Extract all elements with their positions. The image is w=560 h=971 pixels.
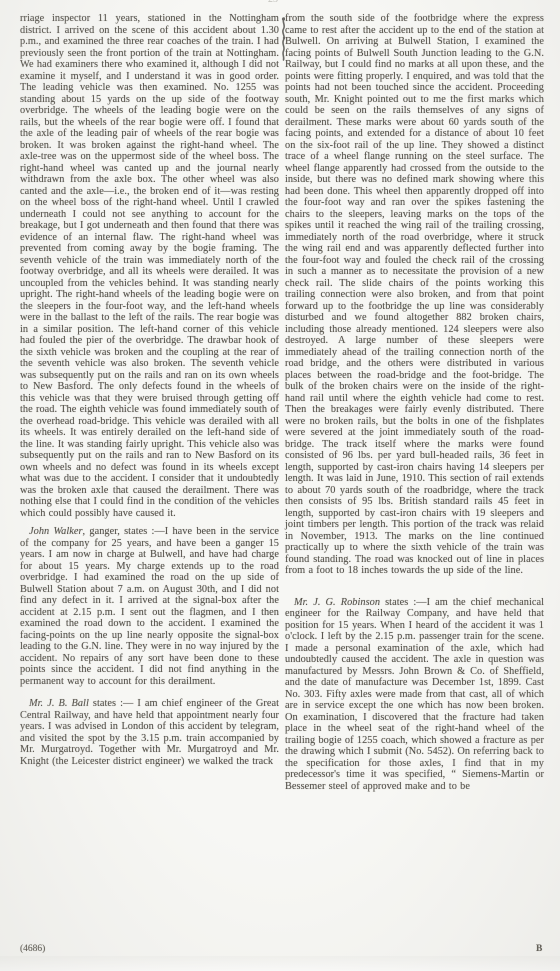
page-number: 23	[268, 0, 278, 5]
witness-name: John Walker	[29, 526, 83, 537]
scan-edge-band	[0, 956, 560, 971]
statement-text: rriage inspector 11 years, stationed in …	[20, 13, 279, 519]
witness-name: Mr. J. B. Ball	[29, 698, 89, 709]
scanned-report-page: 23 rriage inspector 11 years, stationed …	[0, 0, 560, 971]
john-walker-ganger-statement: John Walker, ganger, states :—I have bee…	[20, 526, 279, 687]
left-column: rriage inspector 11 years, stationed in …	[20, 13, 279, 767]
carriage-inspector-statement-continued: rriage inspector 11 years, stationed in …	[20, 13, 279, 519]
jg-robinson-chief-mechanical-engineer-statement: Mr. J. G. Robinson states :—I am the chi…	[285, 597, 544, 793]
signature-mark: B	[536, 944, 542, 954]
ink-squiggle-mark	[279, 16, 289, 62]
right-column: from the south side of the footbridge wh…	[285, 13, 544, 792]
witness-name: Mr. J. G. Robinson	[294, 597, 380, 608]
statement-text: from the south side of the footbridge wh…	[285, 13, 544, 576]
jb-ball-chief-engineer-statement: Mr. J. B. Ball states :— I am chief engi…	[20, 698, 279, 767]
printer-code: (4686)	[20, 944, 45, 954]
jb-ball-statement-continued: from the south side of the footbridge wh…	[285, 13, 544, 577]
statement-text: states :—I am the chief mechanical engin…	[285, 597, 544, 792]
statement-text: , ganger, states :—I have been in the se…	[20, 526, 279, 687]
